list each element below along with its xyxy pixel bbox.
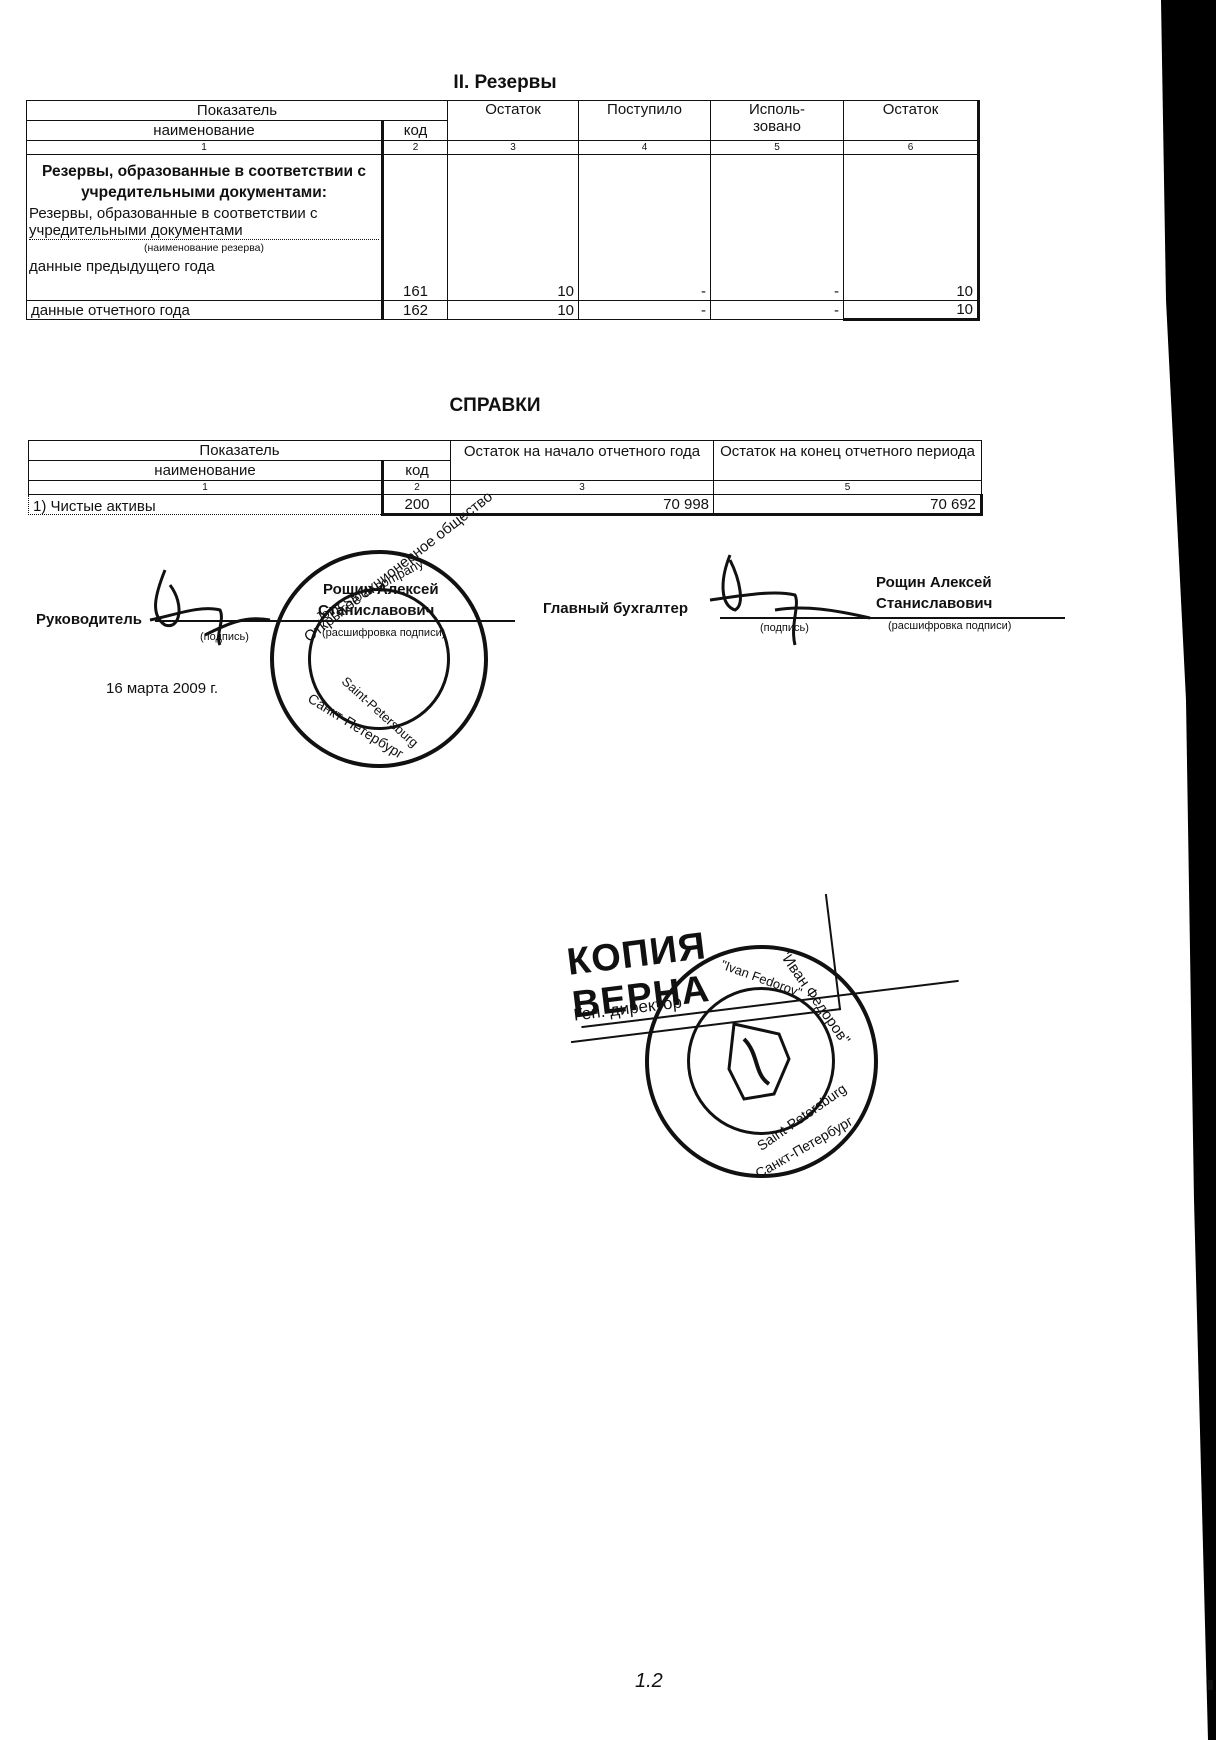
reserves-section-title: II. Резервы (380, 72, 630, 94)
col-number-3: 3 (448, 141, 579, 155)
accountant-decode-hint: (расшифровка подписи) (888, 620, 1011, 632)
scan-edge-shadow (1146, 0, 1216, 1740)
signing-date: 16 марта 2009 г. (106, 680, 218, 697)
accountant-name: Рощин Алексей Станиславович (876, 572, 992, 614)
references-table: Показатель Остаток на начало отчетного г… (28, 440, 983, 516)
col-number-1: 1 (27, 141, 383, 155)
row-label-current-year: данные отчетного года (27, 301, 383, 320)
reserve-name: Резервы, образованные в соответствии с у… (29, 205, 379, 240)
accountant-name-line1: Рощин Алексей (876, 572, 992, 593)
reserve-description-cell: Резервы, образованные в соответствии с у… (27, 155, 383, 301)
references-section-title: СПРАВКИ (420, 395, 570, 417)
accountant-signature-icon (705, 550, 875, 650)
row-prev-balance-end: 10 (844, 155, 979, 301)
head-signature-icon (145, 565, 275, 660)
row-prev-balance-start: 10 (448, 155, 579, 301)
reserves-table: Показатель Остаток Поступило Исполь- зов… (26, 100, 980, 321)
header-name: наименование (27, 121, 383, 141)
row-net-assets-period-end: 70 692 (714, 495, 982, 515)
header-code: код (383, 461, 451, 481)
accountant-label: Главный бухгалтер (543, 600, 688, 617)
col-number-3: 3 (451, 481, 714, 495)
company-seal-stamp-2: "Иван Федоров" "Ivan Fedorov" Saint-Pete… (645, 945, 878, 1178)
col-number-2: 2 (383, 141, 448, 155)
col-number-5: 5 (711, 141, 844, 155)
company-seal-stamp: Открытое акционерное общество Joint Stoc… (256, 536, 502, 782)
row-code-previous-year: 161 (383, 155, 448, 301)
col-number-6: 6 (844, 141, 979, 155)
col-number-4: 4 (579, 141, 711, 155)
header-indicator: Показатель (29, 441, 451, 461)
header-balance-year-start: Остаток на начало отчетного года (451, 441, 714, 481)
row-label-net-assets: 1) Чистые активы (29, 495, 383, 515)
row-prev-used: - (711, 155, 844, 301)
header-balance-end: Остаток (844, 101, 979, 141)
header-used: Исполь- зовано (711, 101, 844, 141)
header-name: наименование (29, 461, 383, 481)
header-code: код (383, 121, 448, 141)
company-seal-2-emblem-icon (719, 1014, 804, 1109)
col-number-1: 1 (29, 481, 383, 495)
head-label: Руководитель (36, 611, 142, 628)
scan-speck (1208, 1680, 1213, 1690)
col-number-2: 2 (383, 481, 451, 495)
reserve-name-hint: (наименование резерва) (29, 240, 379, 257)
row-label-previous-year: данные предыдущего года (29, 258, 379, 275)
header-received: Поступило (579, 101, 711, 141)
row-curr-received: - (579, 301, 711, 320)
row-prev-received: - (579, 155, 711, 301)
col-number-5: 5 (714, 481, 982, 495)
reserve-group-title: Резервы, образованные в соответствии с у… (29, 155, 379, 203)
row-code-net-assets: 200 (383, 495, 451, 515)
header-indicator: Показатель (27, 101, 448, 121)
header-balance-start: Остаток (448, 101, 579, 141)
accountant-name-line2: Станиславович (876, 593, 992, 614)
row-curr-balance-end: 10 (844, 301, 979, 320)
row-curr-used: - (711, 301, 844, 320)
row-curr-balance-start: 10 (448, 301, 579, 320)
page-number: 1.2 (635, 1670, 663, 1693)
header-balance-period-end: Остаток на конец отчетного периода (714, 441, 982, 481)
row-code-current-year: 162 (383, 301, 448, 320)
